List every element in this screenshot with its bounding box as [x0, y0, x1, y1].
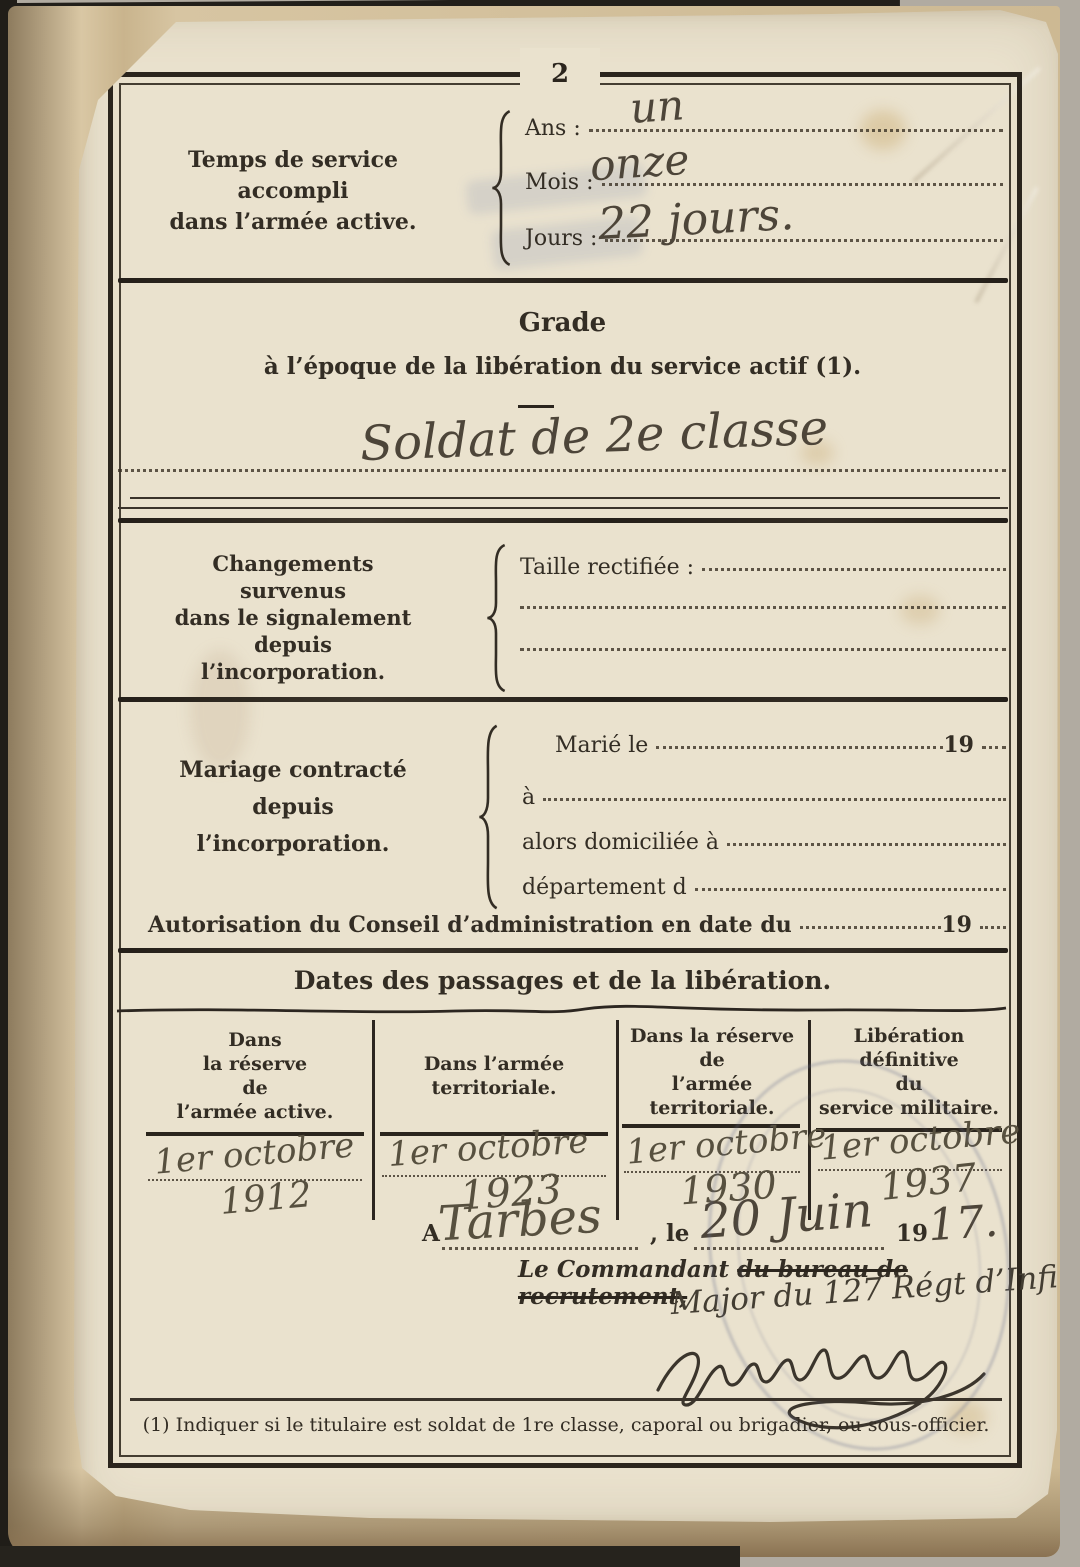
section-divider — [118, 278, 1008, 283]
field-marie-le: Marié le 19 — [555, 732, 1006, 758]
footnote-rule — [130, 1398, 1002, 1401]
left-brace — [488, 108, 514, 268]
left-brace — [475, 722, 501, 912]
handwritten-place: Tarbes — [437, 1188, 603, 1252]
changes-label: Changements survenus dans le signalement… — [150, 550, 436, 685]
field-ans: Ans : — [525, 116, 1003, 141]
document-page: 2 Temps de service accompli dans l’armée… — [70, 10, 1060, 1526]
marriage-label: Mariage contracté depuis l’incorporation… — [150, 752, 436, 863]
handwritten-mois-value: onze — [588, 135, 691, 191]
left-brace — [483, 542, 509, 694]
passages-title: Dates des passages et de la libération. — [115, 966, 1010, 995]
page-number-plate: 2 — [520, 48, 600, 100]
table-column-divider — [616, 1020, 619, 1220]
thin-divider — [130, 497, 1000, 499]
table-column-divider — [372, 1020, 375, 1220]
grade-subtitle: à l’époque de la libération du service a… — [115, 353, 1010, 380]
thin-divider — [118, 507, 1008, 509]
handwritten-year-reserve-active: 1912 — [218, 1174, 313, 1223]
field-alors-domiciliee: alors domiciliée à — [522, 830, 1006, 855]
grade-dash — [518, 405, 554, 408]
scan-background-bottom — [0, 1546, 740, 1567]
field-autorisation: Autorisation du Conseil d’administration… — [148, 912, 1006, 938]
table-header-armee-territoriale: Dans l’armée territoriale. — [378, 1052, 610, 1100]
handwritten-jours-value: 22 jours. — [597, 189, 795, 250]
grade-dotted-line — [118, 468, 1006, 472]
field-taille-rectifiee: Taille rectifiée : — [520, 555, 1006, 580]
blank-dotted-line — [520, 647, 1006, 651]
service-time-label: Temps de service accompli dans l’armée a… — [150, 145, 436, 238]
wavy-rule — [115, 1002, 1008, 1016]
section-divider — [118, 948, 1008, 953]
section-divider — [118, 697, 1008, 702]
field-a: à — [522, 785, 1006, 810]
page-number: 2 — [551, 59, 569, 89]
handwritten-ans-value: un — [628, 80, 685, 133]
grade-title: Grade — [115, 308, 1010, 338]
blank-dotted-line — [520, 605, 1006, 609]
section-divider — [118, 518, 1008, 523]
field-departement: département d — [522, 875, 1006, 900]
footnote-text: (1) Indiquer si le titulaire est soldat … — [130, 1414, 1002, 1436]
attestation-date-prefix: , le — [650, 1220, 689, 1247]
table-header-reserve-active: Dans la réserve de l’armée active. — [142, 1028, 368, 1124]
scanned-military-booklet: 2 Temps de service accompli dans l’armée… — [0, 0, 1080, 1567]
